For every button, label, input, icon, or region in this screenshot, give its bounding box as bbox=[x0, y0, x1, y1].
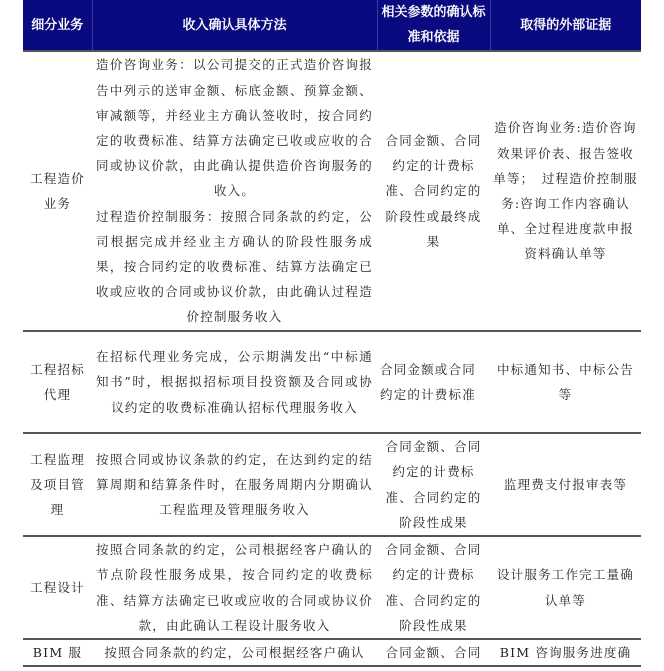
header-segment: 细分业务 bbox=[23, 0, 92, 51]
method-paragraph: 过程造价控制服务：按照合同条款的约定，公司根据完成并经业主方确认的阶段性服务成果… bbox=[96, 204, 373, 330]
method-cell: 按照合同或协议条款的约定，在达到约定的结算周期和结算条件时，在服务周期内分期确认… bbox=[92, 433, 377, 536]
evidence-cell: 中标通知书、中标公告等 bbox=[490, 331, 641, 433]
method-paragraph: 造价咨询业务：以公司提交的正式造价咨询报告中列示的送审金额、标底金额、预算金额、… bbox=[96, 52, 373, 203]
criteria-cell: 合同金额或合同约定的计费标准 bbox=[377, 331, 490, 433]
method-paragraph: 按照合同或协议条款的约定，在达到约定的结算周期和结算条件时，在服务周期内分期确认… bbox=[96, 447, 373, 523]
table-row: 工程监理及项目管理 按照合同或协议条款的约定，在达到约定的结算周期和结算条件时，… bbox=[23, 433, 641, 536]
method-cell: 按照合同条款的约定，公司根据经客户确认的节点阶段性服务成果，按合同约定的收费标准… bbox=[92, 536, 377, 639]
evidence-cell: 造价咨询业务:造价咨询效果评价表、报告签收单等； 过程造价控制服务:咨询工作内容… bbox=[490, 51, 641, 331]
table-row: BIM 服 按照合同条款的约定，公司根据经客户确认 合同金额、合同 BIM 咨询… bbox=[23, 639, 641, 666]
table-row: 工程造价业务 造价咨询业务：以公司提交的正式造价咨询报告中列示的送审金额、标底金… bbox=[23, 51, 641, 331]
evidence-cell: BIM 咨询服务进度确 bbox=[490, 639, 641, 666]
table-row: 工程设计 按照合同条款的约定，公司根据经客户确认的节点阶段性服务成果，按合同约定… bbox=[23, 536, 641, 639]
segment-cell: 工程设计 bbox=[23, 536, 92, 639]
method-paragraph: 按照合同条款的约定，公司根据经客户确认 bbox=[96, 640, 373, 665]
segment-cell: 工程监理及项目管理 bbox=[23, 433, 92, 536]
header-method: 收入确认具体方法 bbox=[92, 0, 377, 51]
criteria-cell: 合同金额、合同约定的计费标准、合同约定的阶段性或最终成果 bbox=[377, 51, 490, 331]
method-paragraph: 在招标代理业务完成，公示期满发出“中标通知书”时，根据拟招标项目投资额及合同或协… bbox=[96, 344, 373, 420]
table-row: 工程招标代理 在招标代理业务完成，公示期满发出“中标通知书”时，根据拟招标项目投… bbox=[23, 331, 641, 433]
criteria-cell: 合同金额、合同 bbox=[377, 639, 490, 666]
evidence-cell: 监理费支付报审表等 bbox=[490, 433, 641, 536]
method-cell: 在招标代理业务完成，公示期满发出“中标通知书”时，根据拟招标项目投资额及合同或协… bbox=[92, 331, 377, 433]
header-criteria: 相关参数的确认标准和依据 bbox=[377, 0, 490, 51]
method-cell: 按照合同条款的约定，公司根据经客户确认 bbox=[92, 639, 377, 666]
revenue-recognition-table: 细分业务 收入确认具体方法 相关参数的确认标准和依据 取得的外部证据 工程造价业… bbox=[23, 0, 641, 667]
segment-cell: BIM 服 bbox=[23, 639, 92, 666]
criteria-cell: 合同金额、合同约定的计费标准、合同约定的阶段性成果 bbox=[377, 433, 490, 536]
criteria-cell: 合同金额、合同约定的计费标准、合同约定的阶段性成果 bbox=[377, 536, 490, 639]
evidence-cell: 设计服务工作完工量确认单等 bbox=[490, 536, 641, 639]
header-evidence: 取得的外部证据 bbox=[490, 0, 641, 51]
method-paragraph: 按照合同条款的约定，公司根据经客户确认的节点阶段性服务成果，按合同约定的收费标准… bbox=[96, 537, 373, 638]
segment-cell: 工程招标代理 bbox=[23, 331, 92, 433]
segment-cell: 工程造价业务 bbox=[23, 51, 92, 331]
table-header-row: 细分业务 收入确认具体方法 相关参数的确认标准和依据 取得的外部证据 bbox=[23, 0, 641, 51]
method-cell: 造价咨询业务：以公司提交的正式造价咨询报告中列示的送审金额、标底金额、预算金额、… bbox=[92, 51, 377, 331]
